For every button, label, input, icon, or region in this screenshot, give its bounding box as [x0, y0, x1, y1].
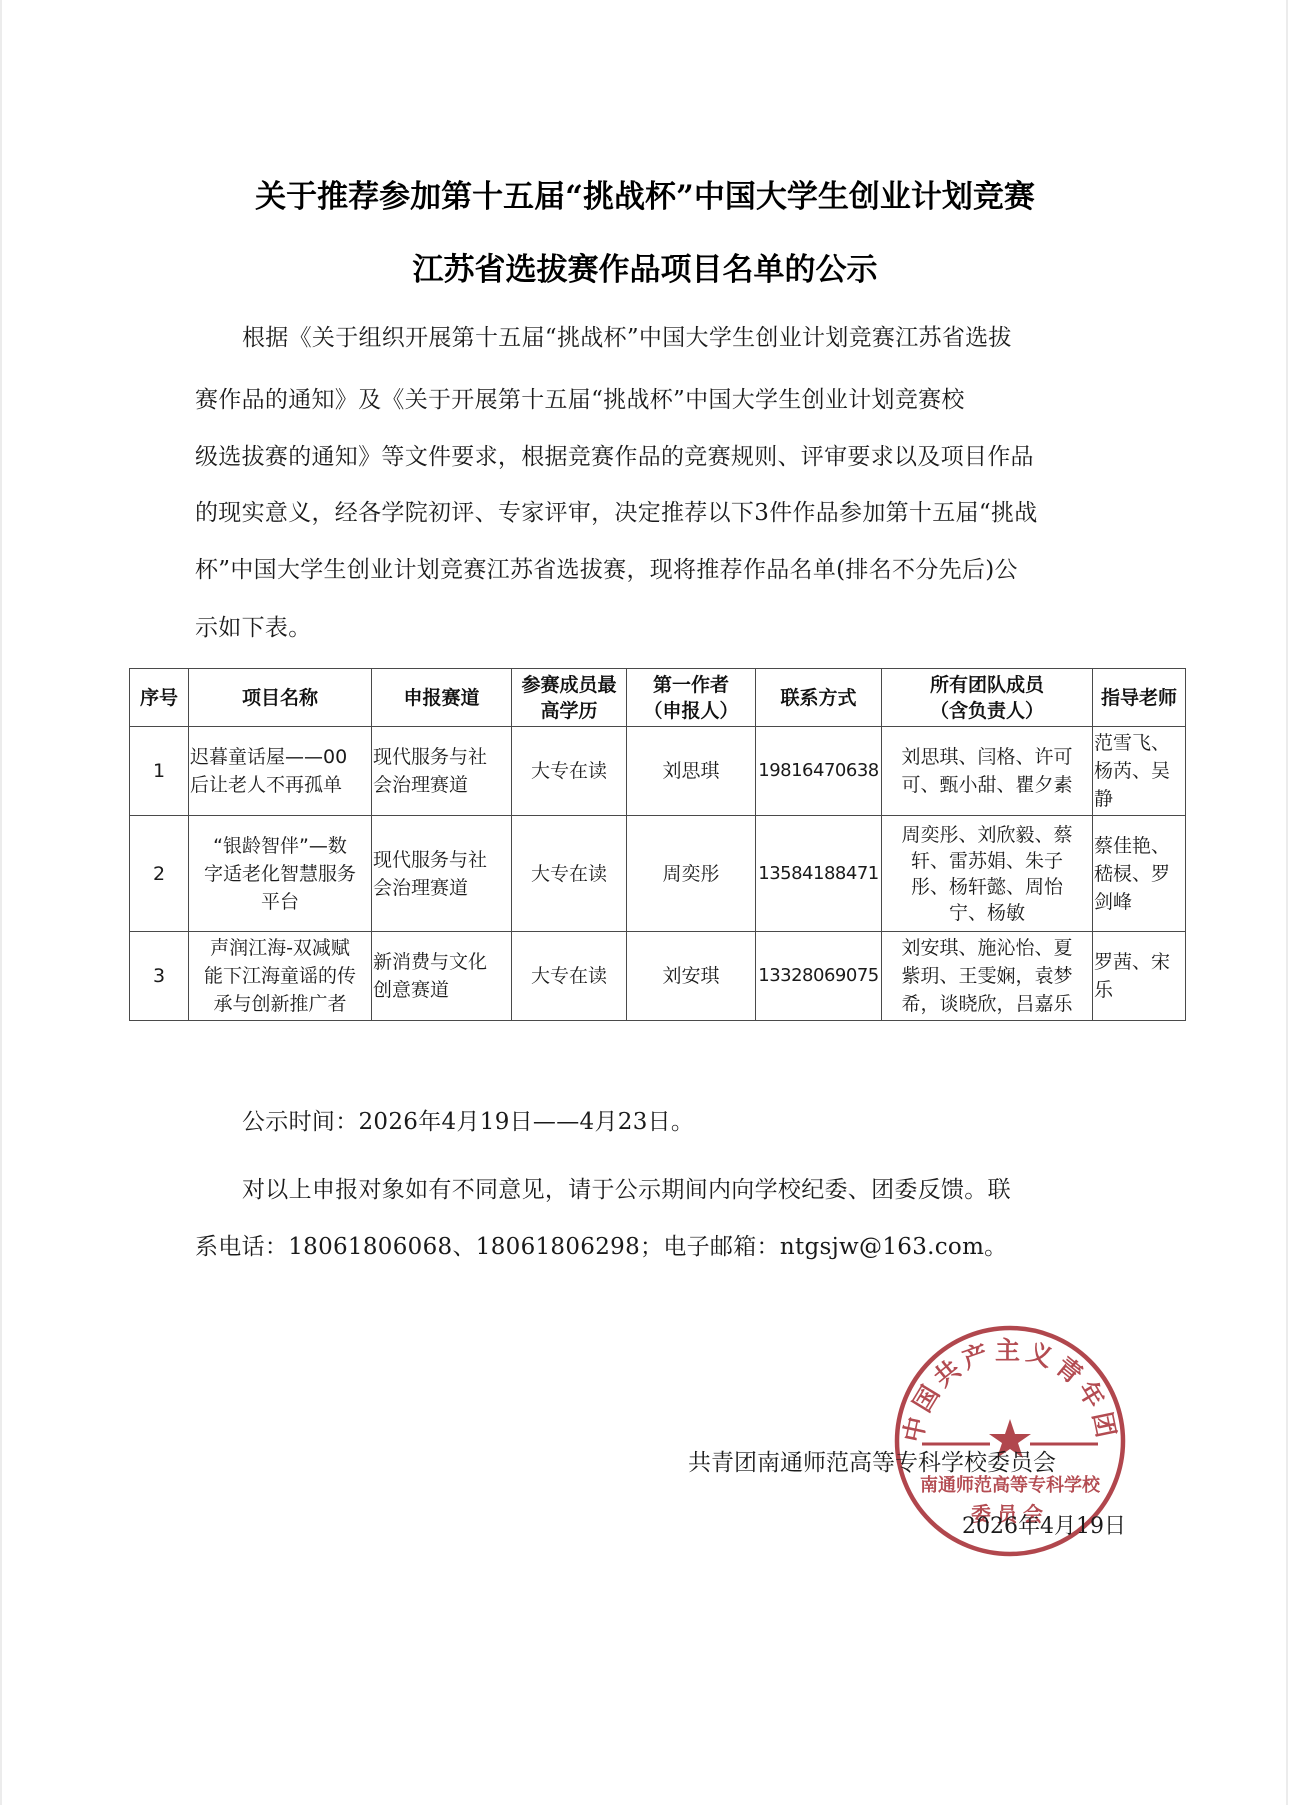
- cell-line: 范雪飞、: [1094, 729, 1184, 757]
- header-index: 序号: [130, 669, 189, 727]
- table-row: 3 声润江海-双减赋能下江海童谣的传承与创新推广者 新消费与文化创意赛道 大专在…: [130, 932, 1186, 1021]
- cell-first-author: 周奕彤: [627, 816, 756, 932]
- cell-project-name: “银龄智伴”—数字适老化智慧服务平台: [189, 816, 372, 932]
- cell-line: 现代服务与社: [373, 743, 510, 771]
- cell-education: 大专在读: [512, 816, 627, 932]
- cell-line: 会治理赛道: [373, 771, 510, 799]
- signature-organization: 共青团南通师范高等专科学校委员会: [688, 1448, 1056, 1478]
- cell-line: 罗茜、宋: [1094, 948, 1184, 976]
- cell-education: 大专在读: [512, 932, 627, 1021]
- cell-line: 可、甄小甜、瞿夕素: [883, 771, 1091, 799]
- cell-line: 紫玥、王雯娴，袁梦: [883, 962, 1091, 990]
- cell-line: 迟暮童话屋——00: [190, 743, 370, 771]
- cell-line: 后让老人不再孤单: [190, 771, 370, 799]
- cell-line: 创意赛道: [373, 976, 510, 1004]
- cell-line: 新消费与文化: [373, 948, 510, 976]
- notice-feedback-line: 对以上申报对象如有不同意见，请于公示期间内向学校纪委、团委反馈。联: [242, 1175, 1167, 1205]
- cell-line: 平台: [190, 888, 370, 916]
- notice-period: 公示时间：2026年4月19日——4月23日。: [242, 1107, 1167, 1137]
- header-contact: 联系方式: [756, 669, 882, 727]
- cell-line: 宁、杨敏: [883, 900, 1091, 926]
- cell-members: 刘安琪、施沁怡、夏紫玥、王雯娴，袁梦希，谈晓欣，吕嘉乐: [882, 932, 1093, 1021]
- header-first-author: 第一作者（申报人）: [627, 669, 756, 727]
- intro-line: 根据《关于组织开展第十五届“挑战杯”中国大学生创业计划竞赛江苏省选拔: [242, 323, 1167, 353]
- header-track: 申报赛道: [372, 669, 512, 727]
- cell-line: 承与创新推广者: [190, 990, 370, 1018]
- cell-track: 现代服务与社会治理赛道: [372, 816, 512, 932]
- cell-index: 2: [130, 816, 189, 932]
- cell-members: 刘思琪、闫格、许可可、甄小甜、瞿夕素: [882, 727, 1093, 816]
- cell-line: 彤、杨轩懿、周怡: [883, 874, 1091, 900]
- signature-date: 2026年4月19日: [962, 1512, 1126, 1542]
- cell-index: 1: [130, 727, 189, 816]
- intro-line: 的现实意义，经各学院初评、专家评审，决定推荐以下3件作品参加第十五届“挑战: [195, 498, 1120, 528]
- cell-track: 新消费与文化创意赛道: [372, 932, 512, 1021]
- cell-index: 3: [130, 932, 189, 1021]
- cell-line: 刘思琪、闫格、许可: [883, 743, 1091, 771]
- cell-project-name: 迟暮童话屋——00后让老人不再孤单: [189, 727, 372, 816]
- intro-line: 示如下表。: [195, 613, 1120, 643]
- header-advisors: 指导老师: [1093, 669, 1186, 727]
- header-education: 参赛成员最高学历: [512, 669, 627, 727]
- cell-line: 刘安琪、施沁怡、夏: [883, 934, 1091, 962]
- intro-line: 杯”中国大学生创业计划竞赛江苏省选拔赛，现将推荐作品名单(排名不分先后)公: [195, 555, 1120, 585]
- cell-line: 乐: [1094, 976, 1184, 1004]
- cell-contact: 13584188471: [756, 816, 882, 932]
- notice-feedback-line: 系电话：18061806068、18061806298；电子邮箱：ntgsjw@…: [195, 1232, 1120, 1262]
- cell-first-author: 刘思琪: [627, 727, 756, 816]
- recommended-projects-table: 序号 项目名称 申报赛道 参赛成员最高学历 第一作者（申报人） 联系方式 所有团…: [129, 668, 1186, 1021]
- table-header-row: 序号 项目名称 申报赛道 参赛成员最高学历 第一作者（申报人） 联系方式 所有团…: [130, 669, 1186, 727]
- cell-line: 希，谈晓欣，吕嘉乐: [883, 990, 1091, 1018]
- header-members-line: （含负责人）: [883, 698, 1091, 724]
- cell-contact: 13328069075: [756, 932, 882, 1021]
- cell-contact: 19816470638: [756, 727, 882, 816]
- cell-advisors: 蔡佳艳、嵇棂、罗剑峰: [1093, 816, 1186, 932]
- cell-line: 字适老化智慧服务: [190, 860, 370, 888]
- document-title-line-2: 江苏省选拔赛作品项目名单的公示: [0, 252, 1290, 288]
- cell-line: 轩、雷苏娟、朱子: [883, 848, 1091, 874]
- header-education-line: 高学历: [513, 698, 625, 724]
- cell-line: 会治理赛道: [373, 874, 510, 902]
- table-row: 2 “银龄智伴”—数字适老化智慧服务平台 现代服务与社会治理赛道 大专在读 周奕…: [130, 816, 1186, 932]
- header-education-line: 参赛成员最: [513, 672, 625, 698]
- cell-line: 能下江海童谣的传: [190, 962, 370, 990]
- cell-line: 剑峰: [1094, 888, 1184, 916]
- header-project-name: 项目名称: [189, 669, 372, 727]
- cell-first-author: 刘安琪: [627, 932, 756, 1021]
- header-members-line: 所有团队成员: [883, 672, 1091, 698]
- table-row: 1 迟暮童话屋——00后让老人不再孤单 现代服务与社会治理赛道 大专在读 刘思琪…: [130, 727, 1186, 816]
- intro-line: 赛作品的通知》及《关于开展第十五届“挑战杯”中国大学生创业计划竞赛校: [195, 385, 1120, 415]
- cell-line: 声润江海-双减赋: [190, 934, 370, 962]
- header-first-author-line: （申报人）: [628, 698, 754, 724]
- intro-line: 级选拔赛的通知》等文件要求，根据竞赛作品的竞赛规则、评审要求以及项目作品: [195, 442, 1120, 472]
- document-title-line-1: 关于推荐参加第十五届“挑战杯”中国大学生创业计划竞赛: [0, 179, 1290, 215]
- cell-project-name: 声润江海-双减赋能下江海童谣的传承与创新推广者: [189, 932, 372, 1021]
- cell-line: 静: [1094, 785, 1184, 813]
- cell-track: 现代服务与社会治理赛道: [372, 727, 512, 816]
- cell-line: “银龄智伴”—数: [190, 832, 370, 860]
- cell-line: 周奕彤、刘欣毅、蔡: [883, 822, 1091, 848]
- cell-members: 周奕彤、刘欣毅、蔡轩、雷苏娟、朱子彤、杨轩懿、周怡宁、杨敏: [882, 816, 1093, 932]
- header-first-author-line: 第一作者: [628, 672, 754, 698]
- cell-education: 大专在读: [512, 727, 627, 816]
- cell-advisors: 范雪飞、杨芮、吴静: [1093, 727, 1186, 816]
- cell-line: 现代服务与社: [373, 846, 510, 874]
- cell-line: 蔡佳艳、: [1094, 832, 1184, 860]
- header-members: 所有团队成员（含负责人）: [882, 669, 1093, 727]
- cell-advisors: 罗茜、宋乐: [1093, 932, 1186, 1021]
- cell-line: 杨芮、吴: [1094, 757, 1184, 785]
- cell-line: 嵇棂、罗: [1094, 860, 1184, 888]
